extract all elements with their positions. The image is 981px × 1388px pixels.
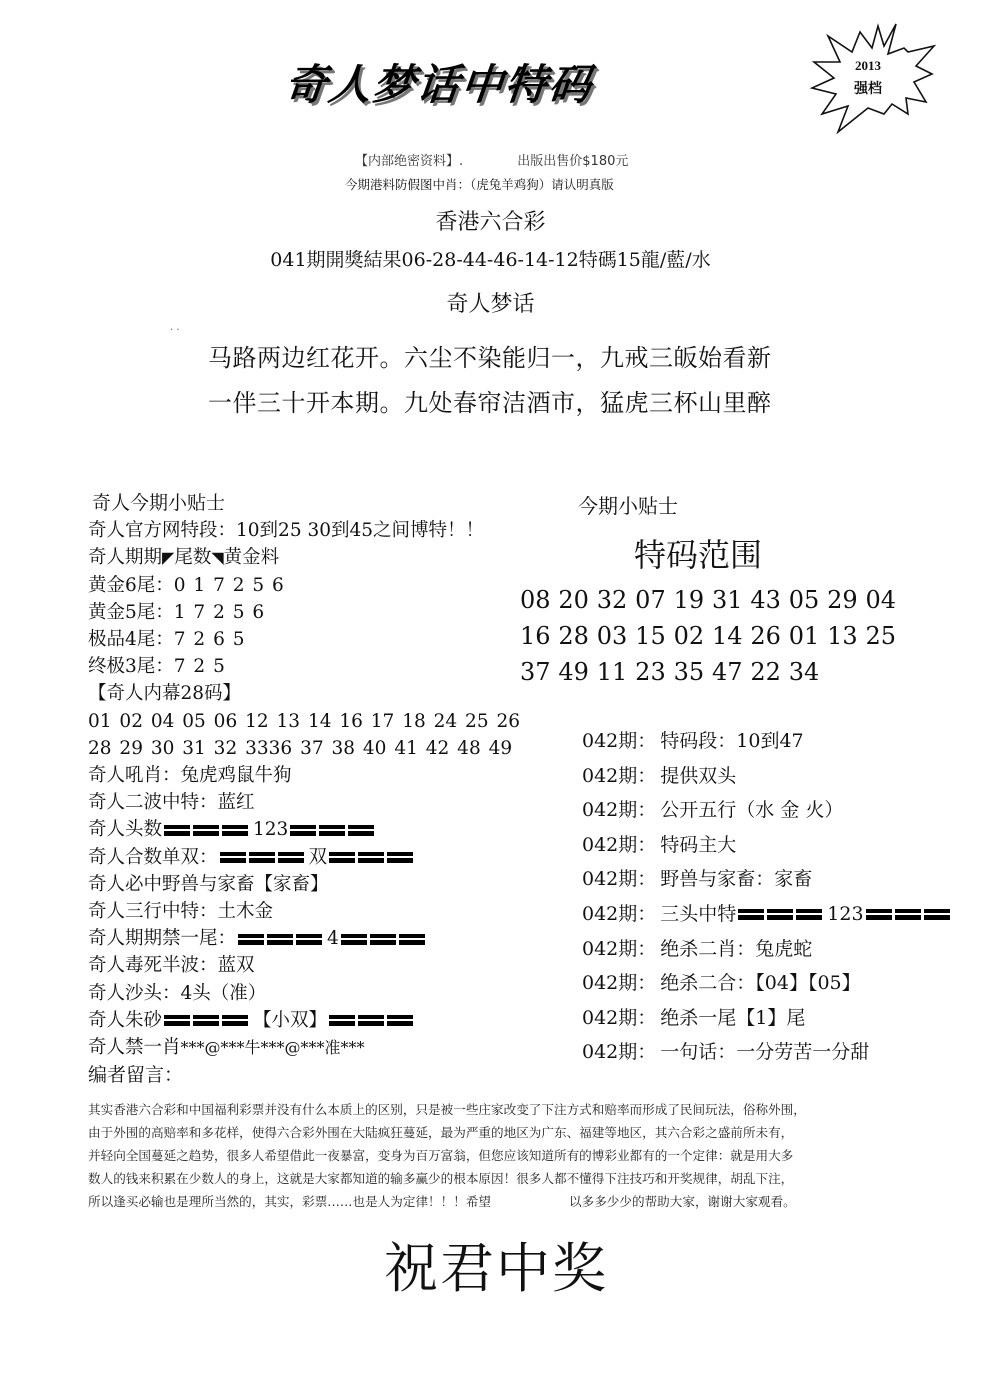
bars-icon: [290, 825, 377, 836]
range-number: 15: [635, 618, 673, 654]
range-number: 02: [674, 618, 712, 654]
range-numbers-grid: 08 20 32 07 19 31 43 05 29 04 16 28 03 1…: [520, 582, 904, 690]
section-title: 奇人梦话: [0, 287, 981, 318]
poem-line-2: 一伴三十开本期。九处春帘洁酒市，猛虎三杯山里醉: [208, 383, 772, 418]
period-text: 公开五行（水 金 火）: [660, 799, 843, 821]
period-042-list: 042期：特码段：10到47 042期：提供双头 042期：公开五行（水 金 火…: [582, 724, 955, 1070]
range-number: 25: [866, 618, 904, 654]
range-number: 35: [674, 654, 712, 690]
editor-label: 编者留言：: [88, 1060, 183, 1087]
bars-icon: [164, 825, 251, 836]
range-number: 08: [520, 582, 558, 618]
item-label: 奇人三行中特：: [88, 901, 218, 922]
lottery-name: 香港六合彩: [0, 205, 981, 236]
range-number: 16: [520, 618, 558, 654]
tip-label: 黄金5尾：: [88, 602, 174, 623]
item-value: 4头（准）: [181, 983, 267, 1004]
badge-label: 强档: [838, 78, 898, 98]
range-number: 14: [712, 618, 750, 654]
tip-item: 奇人三行中特：土木金: [88, 898, 528, 925]
item-value: 双: [309, 847, 328, 868]
period-item: 042期：提供双头: [582, 759, 955, 794]
range-number: 49: [558, 654, 596, 690]
range-number: 26: [750, 618, 788, 654]
range-title: 特码范围: [634, 530, 762, 576]
tip-mid: 尾数: [174, 547, 211, 568]
range-row: 16 28 03 15 02 14 26 01 13 25: [520, 618, 904, 654]
tip-item: 奇人毒死半波：蓝双: [88, 952, 528, 979]
item-label: 奇人毒死半波：: [88, 955, 218, 976]
range-number: 37: [520, 654, 558, 690]
bars-icon: [341, 934, 428, 945]
tip-row: 黄金5尾：1 7 2 5 6: [88, 599, 528, 626]
left-tips: 奇人今期小贴士 奇人官方网特段：10到25 30到45之间博特！！ 奇人期期◤尾…: [88, 490, 528, 1061]
bars-icon: [220, 852, 307, 863]
range-number: 23: [635, 654, 673, 690]
range-number: 32: [597, 582, 635, 618]
notice-secret: 【内部绝密资料】.: [355, 154, 463, 169]
range-number: 03: [597, 618, 635, 654]
range-row: 37 49 11 23 35 47 22 34: [520, 654, 904, 690]
tip-label: 奇人期期: [88, 547, 162, 568]
range-number: 05: [789, 582, 827, 618]
range-number: 19: [674, 582, 712, 618]
tip-label: 极品4尾：: [88, 629, 174, 650]
period-label: 042期：: [582, 1041, 656, 1063]
item-value: 123: [253, 819, 288, 840]
item-value: 蓝红: [218, 792, 255, 813]
triangle-right-icon: ◥: [211, 548, 223, 567]
item-label: 奇人头数: [88, 819, 162, 840]
range-number: 28: [558, 618, 596, 654]
period-bars-value: 123: [827, 903, 863, 925]
item-label: 奇人期期禁一尾：: [88, 928, 236, 949]
anti-fake-notice: 今期港料防假图中肖：（虎兔羊鸡狗）请认明真版: [345, 175, 614, 193]
tip-label: 奇人官方网特段：: [88, 520, 236, 541]
item-value: 4: [327, 928, 339, 949]
tip-item: 奇人朱砂【小双】: [88, 1007, 528, 1034]
period-label: 042期：: [582, 903, 656, 925]
stray-dots: . .: [170, 322, 180, 333]
header-notice: 【内部绝密资料】. 出版出售价$180元: [355, 150, 628, 169]
item-label: 奇人必中野兽与家畜: [88, 874, 255, 895]
item-label: 奇人合数单双：: [88, 847, 218, 868]
bars-icon: [738, 909, 825, 920]
note-line: 并轻向全国蔓延之趋势，很多人希望借此一夜暴富，变身为百万富翁，但您应该知道所有的…: [88, 1144, 938, 1167]
tip-item: 奇人禁一肖***@***牛***@***准***: [88, 1034, 528, 1061]
item-value: 【小双】: [253, 1010, 327, 1031]
period-text: 绝杀二合：【04】【05】: [660, 972, 860, 994]
range-number: 29: [827, 582, 865, 618]
tip-item: 奇人合数单双：双: [88, 844, 528, 871]
note-line: 数人的钱来积累在少数人的身上，这就是大家都知道的输多赢少的根本原因！很多人都不懂…: [88, 1167, 938, 1190]
period-label: 042期：: [582, 765, 656, 787]
note-line-part: 以多多少少的帮助大家，谢谢大家观看。: [569, 1194, 796, 1209]
tip-row: 极品4尾：7 2 6 5: [88, 626, 528, 653]
range-number: 47: [712, 654, 750, 690]
period-label: 042期：: [582, 938, 656, 960]
period-text: 一句话：一分劳苦一分甜: [660, 1041, 869, 1063]
bars-icon: [329, 1015, 416, 1026]
period-text: 绝杀二肖：兔虎蛇: [660, 938, 812, 960]
tip-item: 奇人沙头：4头（准）: [88, 980, 528, 1007]
note-line: 所以逢买必输也是理所当然的，其实，彩票……也是人为定律！！！希望以多多少少的帮助…: [88, 1190, 938, 1213]
range-number: 07: [635, 582, 673, 618]
draw-result: 041期開獎結果06-28-44-46-14-12特碼15龍/藍/水: [0, 245, 981, 272]
tip-value: 7 2 5: [174, 656, 226, 677]
tip-item: 奇人吼肖：兔虎鸡鼠牛狗: [88, 762, 528, 789]
period-label: 042期：: [582, 730, 656, 752]
bars-icon: [238, 934, 325, 945]
range-number: 31: [712, 582, 750, 618]
tip-row: 黄金6尾：0 1 7 2 5 6: [88, 572, 528, 599]
period-text: 特码段：10到47: [660, 730, 803, 752]
note-line-part: 所以逢买必输也是理所当然的，其实，彩票……也是人为定律！！！希望: [88, 1194, 491, 1209]
editor-note: 其实香港六合彩和中国福利彩票并没有什么本质上的区别，只是被一些庄家改变了下注方式…: [88, 1098, 938, 1213]
bars-icon: [164, 1015, 251, 1026]
range-number: 11: [597, 654, 635, 690]
left-tips-heading: 奇人今期小贴士: [88, 490, 528, 517]
item-label: 奇人朱砂: [88, 1010, 162, 1031]
period-text: 特码主大: [660, 834, 736, 856]
tip-item: 奇人必中野兽与家畜【家畜】: [88, 871, 528, 898]
range-number: 20: [558, 582, 596, 618]
bars-icon: [329, 852, 416, 863]
inner-title: 【奇人内幕28码】: [88, 680, 528, 707]
period-text: 提供双头: [660, 765, 736, 787]
note-line: 其实香港六合彩和中国福利彩票并没有什么本质上的区别，只是被一些庄家改变了下注方式…: [88, 1098, 938, 1121]
page-title: 奇人梦话中特码: [282, 52, 728, 112]
tip-tail: 黄金料: [224, 547, 280, 568]
item-value: 【家畜】: [255, 874, 329, 895]
item-value: 兔虎鸡鼠牛狗: [181, 765, 292, 786]
period-item: 042期：绝杀二肖：兔虎蛇: [582, 932, 955, 967]
period-item: 042期：特码段：10到47: [582, 724, 955, 759]
tip-item: 奇人头数123: [88, 816, 528, 843]
period-label: 042期：: [582, 868, 656, 890]
range-number: 01: [789, 618, 827, 654]
period-item: 042期：特码主大: [582, 828, 955, 863]
period-text: 野兽与家畜：家畜: [660, 868, 812, 890]
item-label: 奇人沙头：: [88, 983, 181, 1004]
range-row: 08 20 32 07 19 31 43 05 29 04: [520, 582, 904, 618]
note-line: 由于外围的高赔率和多花样，使得六合彩外围在大陆疯狂蔓延，最为严重的地区为广东、福…: [88, 1121, 938, 1144]
tip-value: 10到25 30到45之间博特！！: [236, 520, 484, 541]
inner-numbers-line-2: 28 29 30 31 32 3336 37 38 40 41 42 48 49: [88, 735, 528, 762]
inner-numbers-line-1: 01 02 04 05 06 12 13 14 16 17 18 24 25 2…: [88, 708, 528, 735]
poem-line-1: 马路两边红花开。六尘不染能归一，九戒三皈始看新: [208, 338, 772, 373]
range-number: 34: [789, 654, 827, 690]
item-label: 奇人吼肖：: [88, 765, 181, 786]
period-text: 绝杀一尾【1】尾: [660, 1007, 805, 1029]
item-label: 奇人禁一肖: [88, 1037, 181, 1058]
tip-value: 1 7 2 5 6: [174, 602, 265, 623]
range-number: 22: [750, 654, 788, 690]
right-tips-heading: 今期小贴士: [578, 490, 678, 519]
triangle-left-icon: ◤: [162, 548, 174, 567]
item-value: 蓝双: [218, 955, 255, 976]
period-label: 042期：: [582, 799, 656, 821]
item-label: 奇人二波中特：: [88, 792, 218, 813]
period-item: 042期：公开五行（水 金 火）: [582, 793, 955, 828]
tip-value: 7 2 6 5: [174, 629, 246, 650]
period-text: 三头中特: [660, 903, 736, 925]
period-label: 042期：: [582, 1007, 656, 1029]
tip-label: 黄金6尾：: [88, 575, 174, 596]
tip-value: 0 1 7 2 5 6: [174, 575, 285, 596]
period-item: 042期：绝杀二合：【04】【05】: [582, 966, 955, 1001]
bars-icon: [866, 909, 953, 920]
tip-row: 终极3尾：7 2 5: [88, 653, 528, 680]
period-label: 042期：: [582, 834, 656, 856]
period-item: 042期：野兽与家畜：家畜: [582, 862, 955, 897]
item-value: 土木金: [218, 901, 274, 922]
period-item: 042期：绝杀一尾【1】尾: [582, 1001, 955, 1036]
tip-item: 奇人期期禁一尾：4: [88, 925, 528, 952]
item-value: ***@***牛***@***准***: [181, 1038, 365, 1057]
range-number: 04: [866, 582, 904, 618]
tip-label: 终极3尾：: [88, 656, 174, 677]
tip-row: 奇人官方网特段：10到25 30到45之间博特！！: [88, 517, 528, 544]
period-item: 042期：三头中特123: [582, 897, 955, 932]
range-number: 13: [827, 618, 865, 654]
tip-item: 奇人二波中特：蓝红: [88, 789, 528, 816]
period-item: 042期：一句话：一分劳苦一分甜: [582, 1035, 955, 1070]
notice-price: 出版出售价$180元: [517, 154, 628, 169]
period-label: 042期：: [582, 972, 656, 994]
badge-year: 2013: [838, 58, 898, 74]
tip-row: 奇人期期◤尾数◥黄金料: [88, 544, 528, 571]
range-number: 43: [750, 582, 788, 618]
blessing: 祝君中奖: [384, 1226, 608, 1303]
